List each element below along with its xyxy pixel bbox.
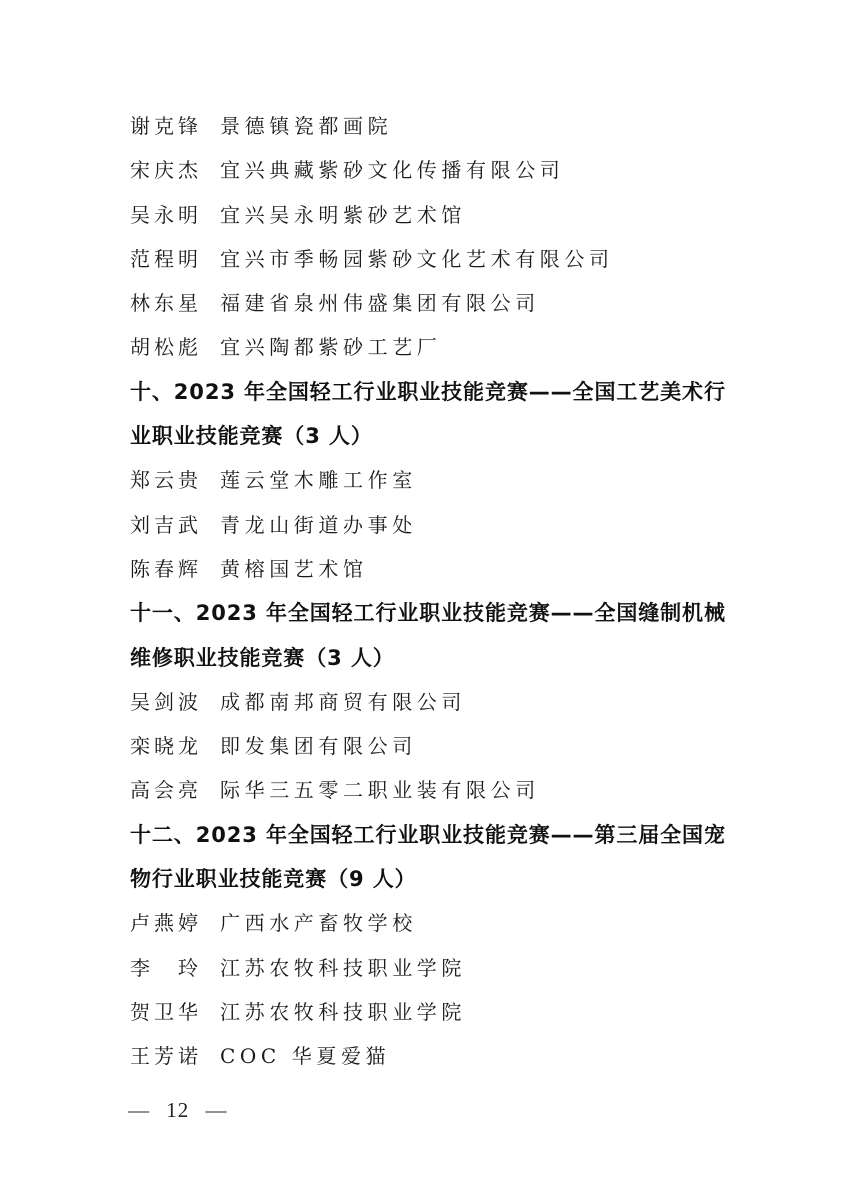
- awardee-organization: 江苏农牧科技职业学院: [220, 946, 466, 990]
- list-item: 卢燕婷 广西水产畜牧学校: [130, 901, 730, 945]
- awardee-name: 范程明: [130, 237, 220, 281]
- awardee-name: 卢燕婷: [130, 901, 220, 945]
- list-item: 郑云贵 莲云堂木雕工作室: [130, 458, 730, 502]
- section-heading-line: 十一、2023 年全国轻工行业职业技能竞赛——全国缝制机械: [130, 591, 722, 635]
- awardee-organization: 福建省泉州伟盛集团有限公司: [220, 281, 540, 325]
- list-item: 宋庆杰 宜兴典藏紫砂文化传播有限公司: [130, 148, 730, 192]
- awardee-organization: 际华三五零二职业装有限公司: [220, 768, 540, 812]
- page-number: 12: [166, 1098, 189, 1123]
- list-item: 林东星 福建省泉州伟盛集团有限公司: [130, 281, 730, 325]
- section-heading-line: 物行业职业技能竞赛（9 人）: [130, 857, 722, 901]
- awardee-organization: 广西水产畜牧学校: [220, 901, 417, 945]
- awardee-name: 胡松彪: [130, 325, 220, 369]
- list-item: 胡松彪 宜兴陶都紫砂工艺厂: [130, 325, 730, 369]
- section-heading: 十、2023 年全国轻工行业职业技能竞赛——全国工艺美术行 业职业技能竞赛（3 …: [130, 370, 722, 459]
- list-item: 谢克锋 景德镇瓷都画院: [130, 104, 730, 148]
- awardee-name: 王芳诺: [130, 1034, 220, 1078]
- awardee-list: 谢克锋 景德镇瓷都画院 宋庆杰 宜兴典藏紫砂文化传播有限公司 吴永明 宜兴吴永明…: [130, 104, 730, 370]
- awardee-list: 卢燕婷 广西水产畜牧学校 李 玲 江苏农牧科技职业学院 贺卫华 江苏农牧科技职业…: [130, 901, 730, 1078]
- awardee-name: 宋庆杰: [130, 148, 220, 192]
- awardee-organization: 即发集团有限公司: [220, 724, 417, 768]
- awardee-name: 李 玲: [130, 946, 220, 990]
- awardee-organization: 宜兴吴永明紫砂艺术馆: [220, 193, 466, 237]
- list-item: 栾晓龙 即发集团有限公司: [130, 724, 730, 768]
- list-item: 范程明 宜兴市季畅园紫砂文化艺术有限公司: [130, 237, 730, 281]
- page-number-dash-right: —: [206, 1098, 228, 1123]
- awardee-organization: 青龙山街道办事处: [220, 503, 417, 547]
- page-number-dash-left: —: [128, 1098, 150, 1123]
- awardee-organization: 江苏农牧科技职业学院: [220, 990, 466, 1034]
- section-heading: 十二、2023 年全国轻工行业职业技能竞赛——第三届全国宠 物行业职业技能竞赛（…: [130, 813, 722, 902]
- awardee-organization: 宜兴市季畅园紫砂文化艺术有限公司: [220, 237, 614, 281]
- awardee-organization: 成都南邦商贸有限公司: [220, 680, 466, 724]
- list-item: 王芳诺 COC 华夏爱猫: [130, 1034, 730, 1078]
- awardee-list: 郑云贵 莲云堂木雕工作室 刘吉武 青龙山街道办事处 陈春辉 黄榕国艺术馆: [130, 458, 730, 591]
- list-item: 吴剑波 成都南邦商贸有限公司: [130, 680, 730, 724]
- awardee-name: 高会亮: [130, 768, 220, 812]
- document-page: 谢克锋 景德镇瓷都画院 宋庆杰 宜兴典藏紫砂文化传播有限公司 吴永明 宜兴吴永明…: [0, 0, 848, 1200]
- awardee-name: 林东星: [130, 281, 220, 325]
- section-heading: 十一、2023 年全国轻工行业职业技能竞赛——全国缝制机械 维修职业技能竞赛（3…: [130, 591, 722, 680]
- awardee-organization: 莲云堂木雕工作室: [220, 458, 417, 502]
- page-content: 谢克锋 景德镇瓷都画院 宋庆杰 宜兴典藏紫砂文化传播有限公司 吴永明 宜兴吴永明…: [130, 104, 730, 1079]
- list-item: 陈春辉 黄榕国艺术馆: [130, 547, 730, 591]
- list-item: 高会亮 际华三五零二职业装有限公司: [130, 768, 730, 812]
- section-heading-line: 业职业技能竞赛（3 人）: [130, 414, 722, 458]
- awardee-name: 郑云贵: [130, 458, 220, 502]
- awardee-organization: 宜兴陶都紫砂工艺厂: [220, 325, 441, 369]
- page-number-footer: — 12 —: [128, 1098, 228, 1123]
- awardee-name: 贺卫华: [130, 990, 220, 1034]
- awardee-organization: 景德镇瓷都画院: [220, 104, 392, 148]
- list-item: 刘吉武 青龙山街道办事处: [130, 503, 730, 547]
- awardee-organization: 黄榕国艺术馆: [220, 547, 368, 591]
- list-item: 吴永明 宜兴吴永明紫砂艺术馆: [130, 193, 730, 237]
- awardee-name: 刘吉武: [130, 503, 220, 547]
- awardee-name: 吴剑波: [130, 680, 220, 724]
- awardee-name: 栾晓龙: [130, 724, 220, 768]
- list-item: 李 玲 江苏农牧科技职业学院: [130, 946, 730, 990]
- awardee-name: 吴永明: [130, 193, 220, 237]
- awardee-organization: COC 华夏爱猫: [220, 1034, 390, 1078]
- awardee-organization: 宜兴典藏紫砂文化传播有限公司: [220, 148, 564, 192]
- section-heading-line: 维修职业技能竞赛（3 人）: [130, 636, 722, 680]
- awardee-name: 谢克锋: [130, 104, 220, 148]
- awardee-list: 吴剑波 成都南邦商贸有限公司 栾晓龙 即发集团有限公司 高会亮 际华三五零二职业…: [130, 680, 730, 813]
- awardee-name: 陈春辉: [130, 547, 220, 591]
- section-heading-line: 十二、2023 年全国轻工行业职业技能竞赛——第三届全国宠: [130, 813, 722, 857]
- section-heading-line: 十、2023 年全国轻工行业职业技能竞赛——全国工艺美术行: [130, 370, 722, 414]
- list-item: 贺卫华 江苏农牧科技职业学院: [130, 990, 730, 1034]
